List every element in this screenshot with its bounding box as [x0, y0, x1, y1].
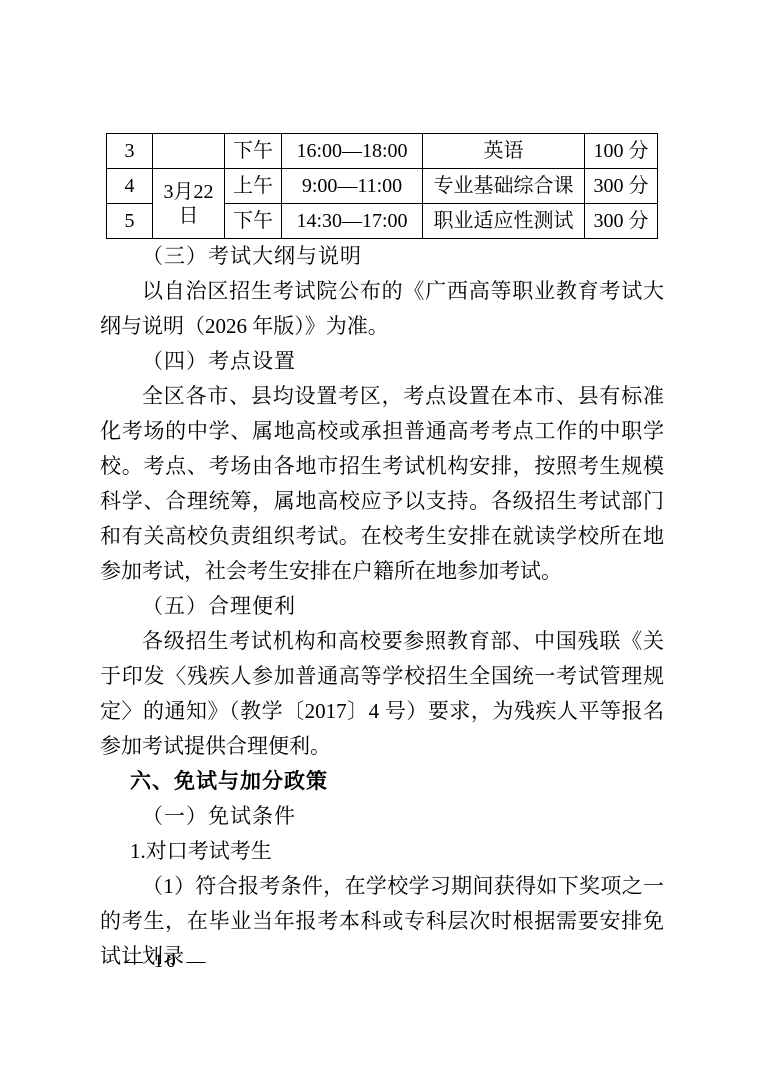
cell-date	[153, 134, 225, 169]
cell-subject: 英语	[423, 134, 585, 169]
section-heading-3: （三）考试大纲与说明	[100, 239, 664, 274]
section-heading-6-1: （一）免试条件	[100, 799, 664, 834]
cell-subject: 专业基础综合课	[423, 169, 585, 204]
numbered-item-1: 1.对口考试考生	[100, 834, 664, 869]
exam-schedule-table: 3 下午 16:00—18:00 英语 100 分 4 3月22日 上午 9:0…	[106, 133, 658, 239]
cell-session-no: 3	[107, 134, 153, 169]
section-heading-4: （四）考点设置	[100, 344, 664, 379]
section-3-paragraph: 以自治区招生考试院公布的《广西高等职业教育考试大纲与说明（2026 年版）》为准…	[100, 274, 664, 344]
section-4-paragraph: 全区各市、县均设置考区，考点设置在本市、县有标准化考场的中学、属地高校或承担普通…	[100, 379, 664, 589]
table-row: 4 3月22日 上午 9:00—11:00 专业基础综合课 300 分	[107, 169, 658, 204]
table-row: 3 下午 16:00—18:00 英语 100 分	[107, 134, 658, 169]
cell-time: 9:00—11:00	[282, 169, 423, 204]
cell-date: 3月22日	[153, 169, 225, 239]
cell-score: 300 分	[585, 204, 658, 239]
chapter-heading-6: 六、免试与加分政策	[100, 764, 664, 799]
cell-score: 100 分	[585, 134, 658, 169]
section-heading-5: （五）合理便利	[100, 589, 664, 624]
cell-score: 300 分	[585, 169, 658, 204]
page-number: — 10 —	[124, 949, 209, 975]
cell-session: 下午	[225, 134, 282, 169]
cell-session-no: 5	[107, 204, 153, 239]
cell-session-no: 4	[107, 169, 153, 204]
cell-time: 14:30—17:00	[282, 204, 423, 239]
cell-time: 16:00—18:00	[282, 134, 423, 169]
cell-session: 下午	[225, 204, 282, 239]
cell-session: 上午	[225, 169, 282, 204]
document-body: 3 下午 16:00—18:00 英语 100 分 4 3月22日 上午 9:0…	[100, 133, 664, 974]
section-5-paragraph: 各级招生考试机构和高校要参照教育部、中国残联《关于印发〈残疾人参加普通高等学校招…	[100, 624, 664, 764]
document-page: 3 下午 16:00—18:00 英语 100 分 4 3月22日 上午 9:0…	[0, 0, 764, 1080]
cell-subject: 职业适应性测试	[423, 204, 585, 239]
